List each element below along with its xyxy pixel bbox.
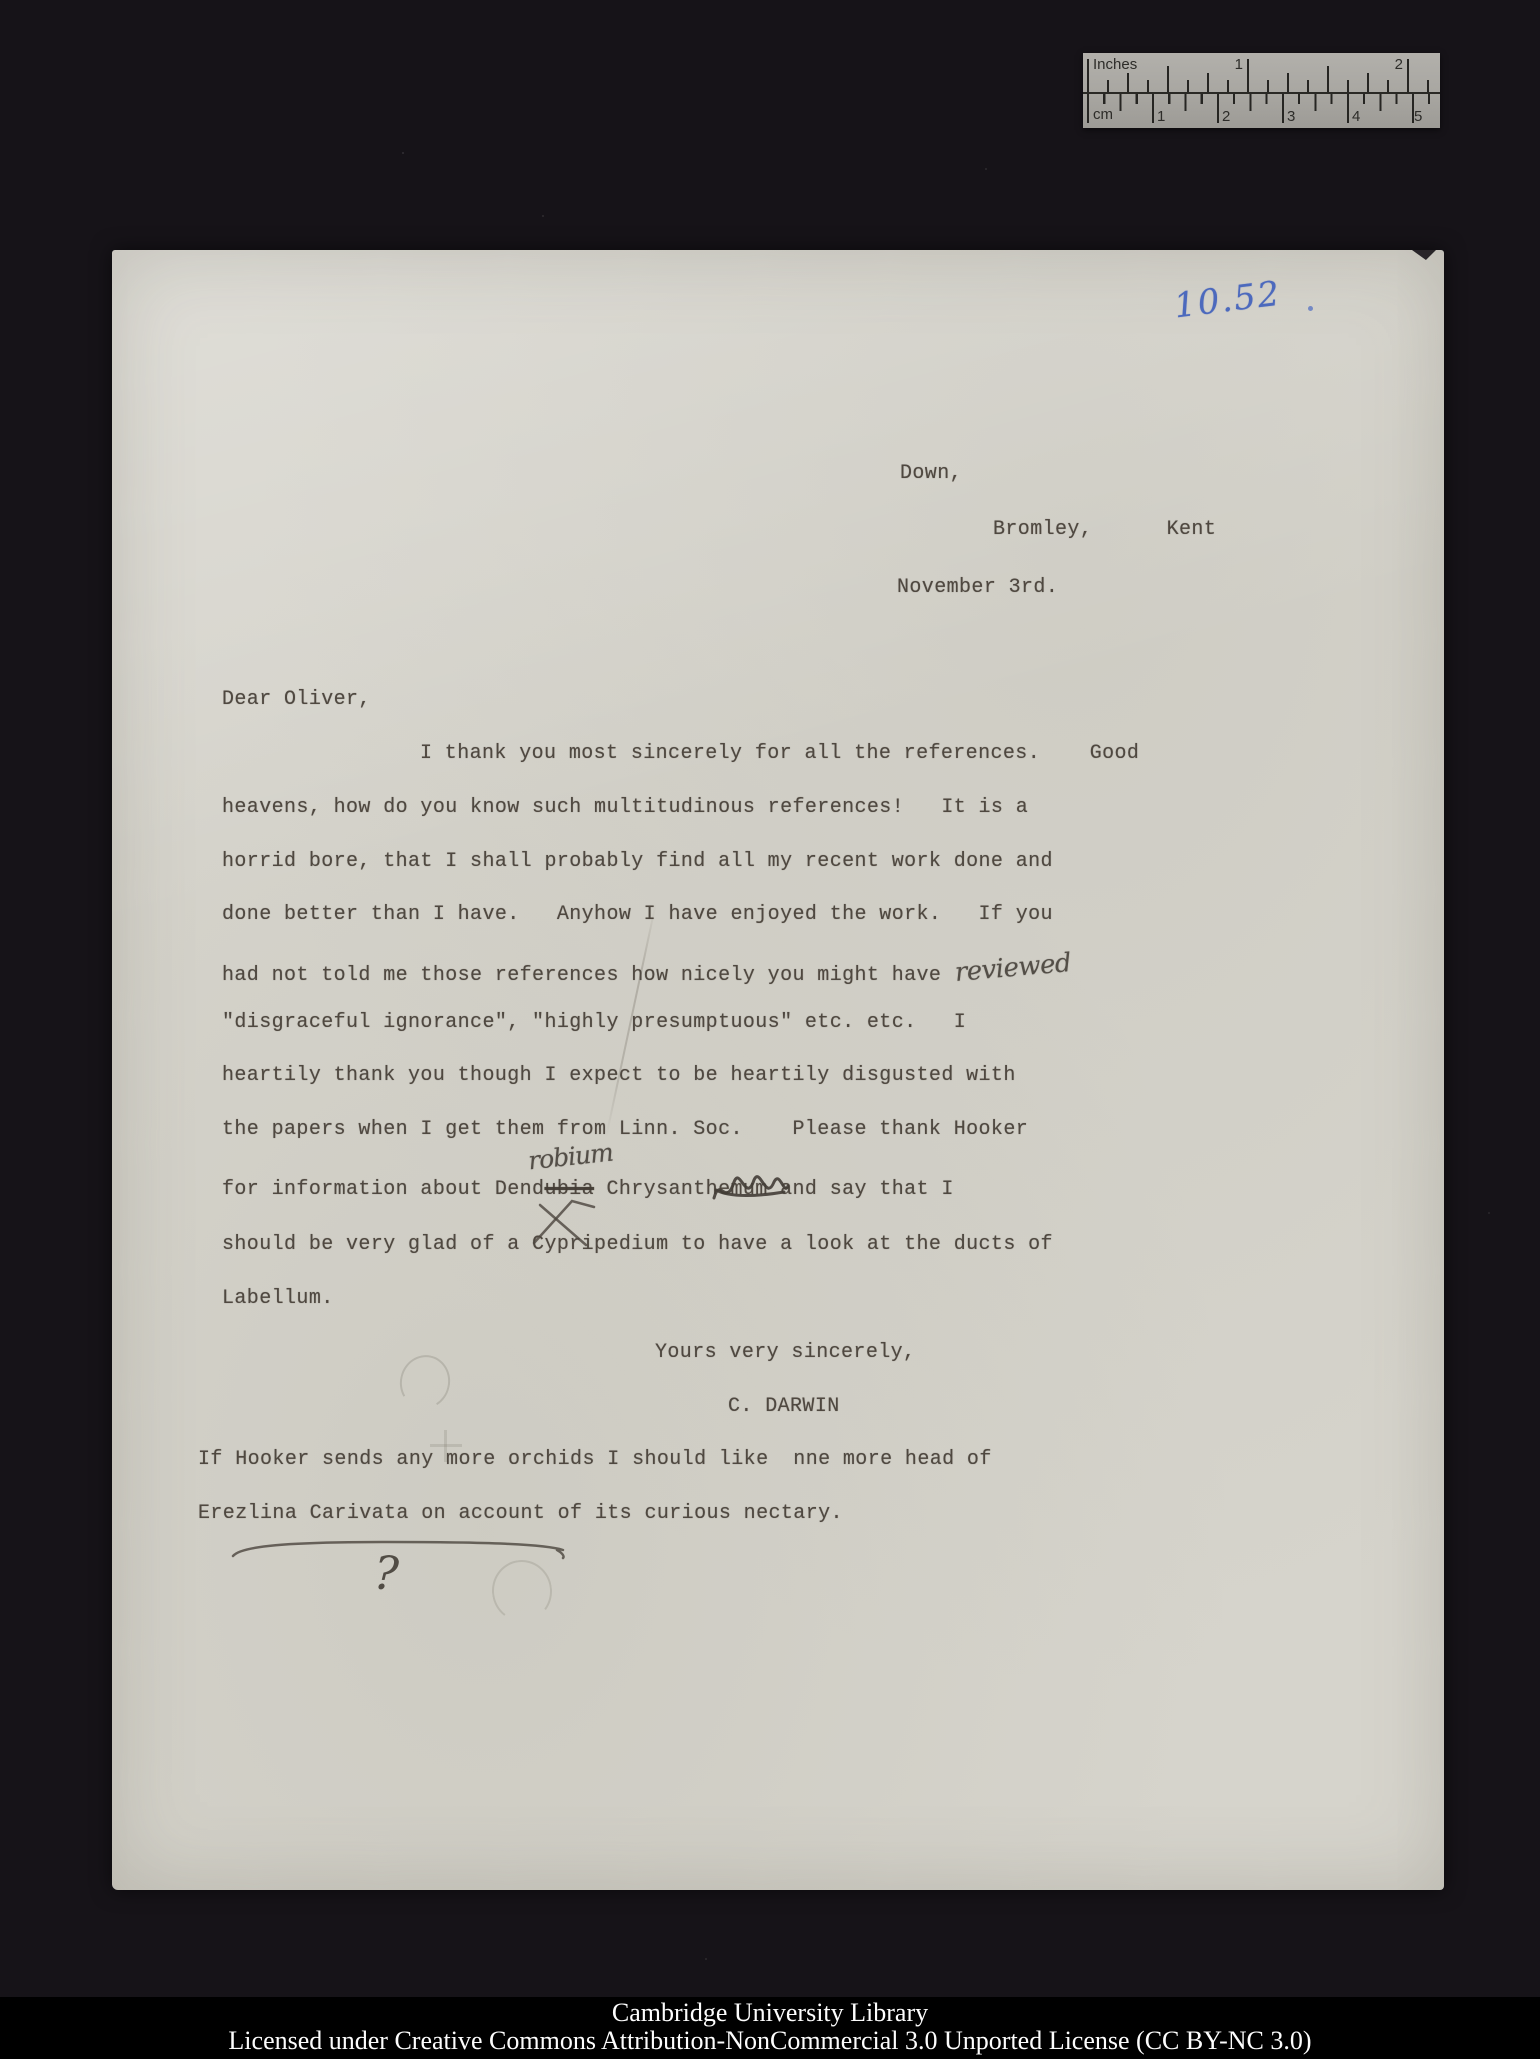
letter-line: I thank you most sincerely for all the r… [420,742,1139,765]
letter-line: heavens, how do you know such multitudin… [222,796,1028,819]
letter-line: the papers when I get them from Linn. So… [222,1118,1028,1141]
address-line: Bromley, Kent [993,518,1216,541]
letter-line: heartily thank you though I expect to be… [222,1064,1016,1087]
library-credit: Cambridge University Library [0,1997,1540,2027]
embossed-stamp [488,1556,556,1626]
letter-line-correction: for information about Dendubiarobium Chr… [222,1178,954,1201]
postscript-line: If Hooker sends any more orchids I shoul… [198,1448,992,1471]
signature: C. DARWIN [728,1395,840,1418]
ruler-cm-number: 3 [1287,108,1295,125]
cm-scale [1087,94,1432,124]
correction-pre: for information about Dend [222,1178,544,1201]
ruler-inch-number: 1 [1229,56,1243,73]
embossed-stamp [394,1350,456,1414]
ruler-cm-number: 1 [1157,108,1165,125]
torn-corner [1412,250,1436,260]
pencil-annotation-query: ? [373,1545,400,1600]
postscript-line: Erezlina Carivata on account of its curi… [198,1502,843,1525]
accession-number: 10.52 [1172,274,1283,327]
letter-line: horrid bore, that I shall probably find … [222,850,1053,873]
ink-dot [1308,306,1313,311]
credit-footer: Cambridge University Library Licensed un… [0,1997,1540,2059]
date-line: November 3rd. [897,576,1058,599]
ruler-inch-number: 2 [1389,56,1403,73]
salutation: Dear Oliver, [222,688,371,711]
letter-line: had not told me those references how nic… [222,957,1072,987]
closing-line: Yours very sincerely, [655,1341,915,1364]
inch-scale [1087,59,1432,92]
letter-line: Labellum. [222,1287,334,1310]
letter-line: should be very glad of a Cypripedium to … [222,1233,1053,1256]
measurement-ruler: Inches cm 1 2 1 2 3 4 5 [1083,53,1440,128]
license-text: Licensed under Creative Commons Attribut… [0,2027,1540,2055]
pencil-annotation-reviewed: reviewed [954,948,1073,988]
ruler-cm-number: 5 [1414,108,1422,125]
ruler-cm-number: 4 [1352,108,1360,125]
letter-line-text: had not told me those references how nic… [222,964,941,987]
dust-specks [0,0,2,2]
pencil-scribble [710,1168,790,1214]
address-line: Down, [900,462,962,485]
letter-line: "disgraceful ignorance", "highly presump… [222,1011,966,1034]
letter-page: 10.52 Down, Bromley, Kent November 3rd. … [112,250,1444,1890]
letter-line: done better than I have. Anyhow I have e… [222,903,1053,926]
ruler-cm-number: 2 [1222,108,1230,125]
pencil-annotation-robium: robium [527,1138,614,1176]
scan-background: Inches cm 1 2 1 2 3 4 5 10.52 Down, Brom… [0,0,1540,2059]
correction-post: and say that I [768,1178,954,1201]
